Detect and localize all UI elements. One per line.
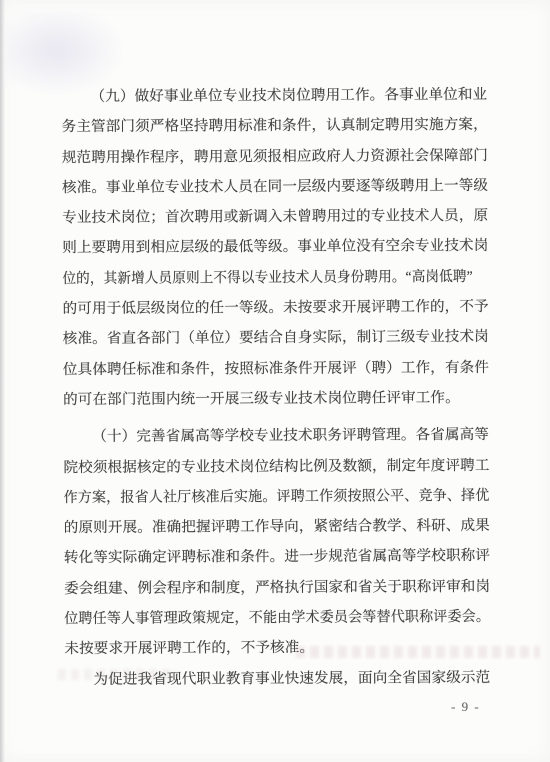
doc-line: 院校须根据核定的专业技术岗位结构比例及数额，制定年度评聘工 [63,450,489,483]
ink-bleedthrough-artifact [296,646,540,658]
doc-line: 的原则开展。准确把握评聘工作导向，紧密结合教学、科研、成果 [64,511,490,544]
doc-line: 则上要聘用到相应层级的最低等级。事业单位没有空余专业技术岗 [62,231,488,264]
document-body: （九）做好事业单位专业技术岗位聘用工作。各事业单位和业 务主管部门须严格坚持聘用… [61,80,490,695]
doc-line: 位具体聘任标准和条件，按照标准条件开展评（聘）工作，有条件 [63,353,489,386]
doc-line: 转化等实际确定评聘标准和条件。进一步规范省属高等学校职称评 [64,541,490,574]
doc-line: 委会组建、例会程序和制度，严格执行国家和省关于职称评审和岗 [64,572,490,605]
scanned-document-page: （九）做好事业单位专业技术岗位聘用工作。各事业单位和业 务主管部门须严格坚持聘用… [0,0,550,762]
doc-line: 位聘任等人事管理政策规定，不能由学术委员会等替代职称评委会。 [64,602,476,634]
doc-line: 的可在部门范围内统一开展三级专业技术岗位聘任评审工作。 [63,383,489,416]
doc-line: （九）做好事业单位专业技术岗位聘用工作。各事业单位和业 [61,80,487,113]
doc-line: （十）完善省属高等学校专业技术职务评聘管理。各省属高等 [63,420,489,453]
ink-bleedthrough-artifact [58,669,176,680]
doc-line: 规范聘用操作程序，聘用意见须报相应政府人力资源社会保障部门 [62,140,488,173]
doc-line: 务主管部门须严格坚持聘用标准和条件，认真制定聘用实施方案， [62,110,488,143]
doc-line: 核准。事业单位专业技术人员在同一层级内要逐等级聘用上一等级 [62,171,488,204]
page-number: - 9 - [451,699,480,715]
doc-line: 专业技术岗位；首次聘用或新调入未曾聘用过的专业技术人员，原 [62,201,488,234]
scan-edge-shadow [0,0,5,762]
doc-line: 作方案，报省人社厅核准后实施。评聘工作须按照公平、竞争、择优 [63,481,475,513]
doc-line: 核准。省直各部门（单位）要结合自身实际，制订三级专业技术岗 [63,322,489,355]
doc-line: 位的，其新增人员原则上不得以专业技术人员身份聘用。“高岗低聘” [62,262,460,294]
doc-line: 的可用于低层级岗位的任一等级。未按要求开展评聘工作的，不予 [63,292,489,325]
